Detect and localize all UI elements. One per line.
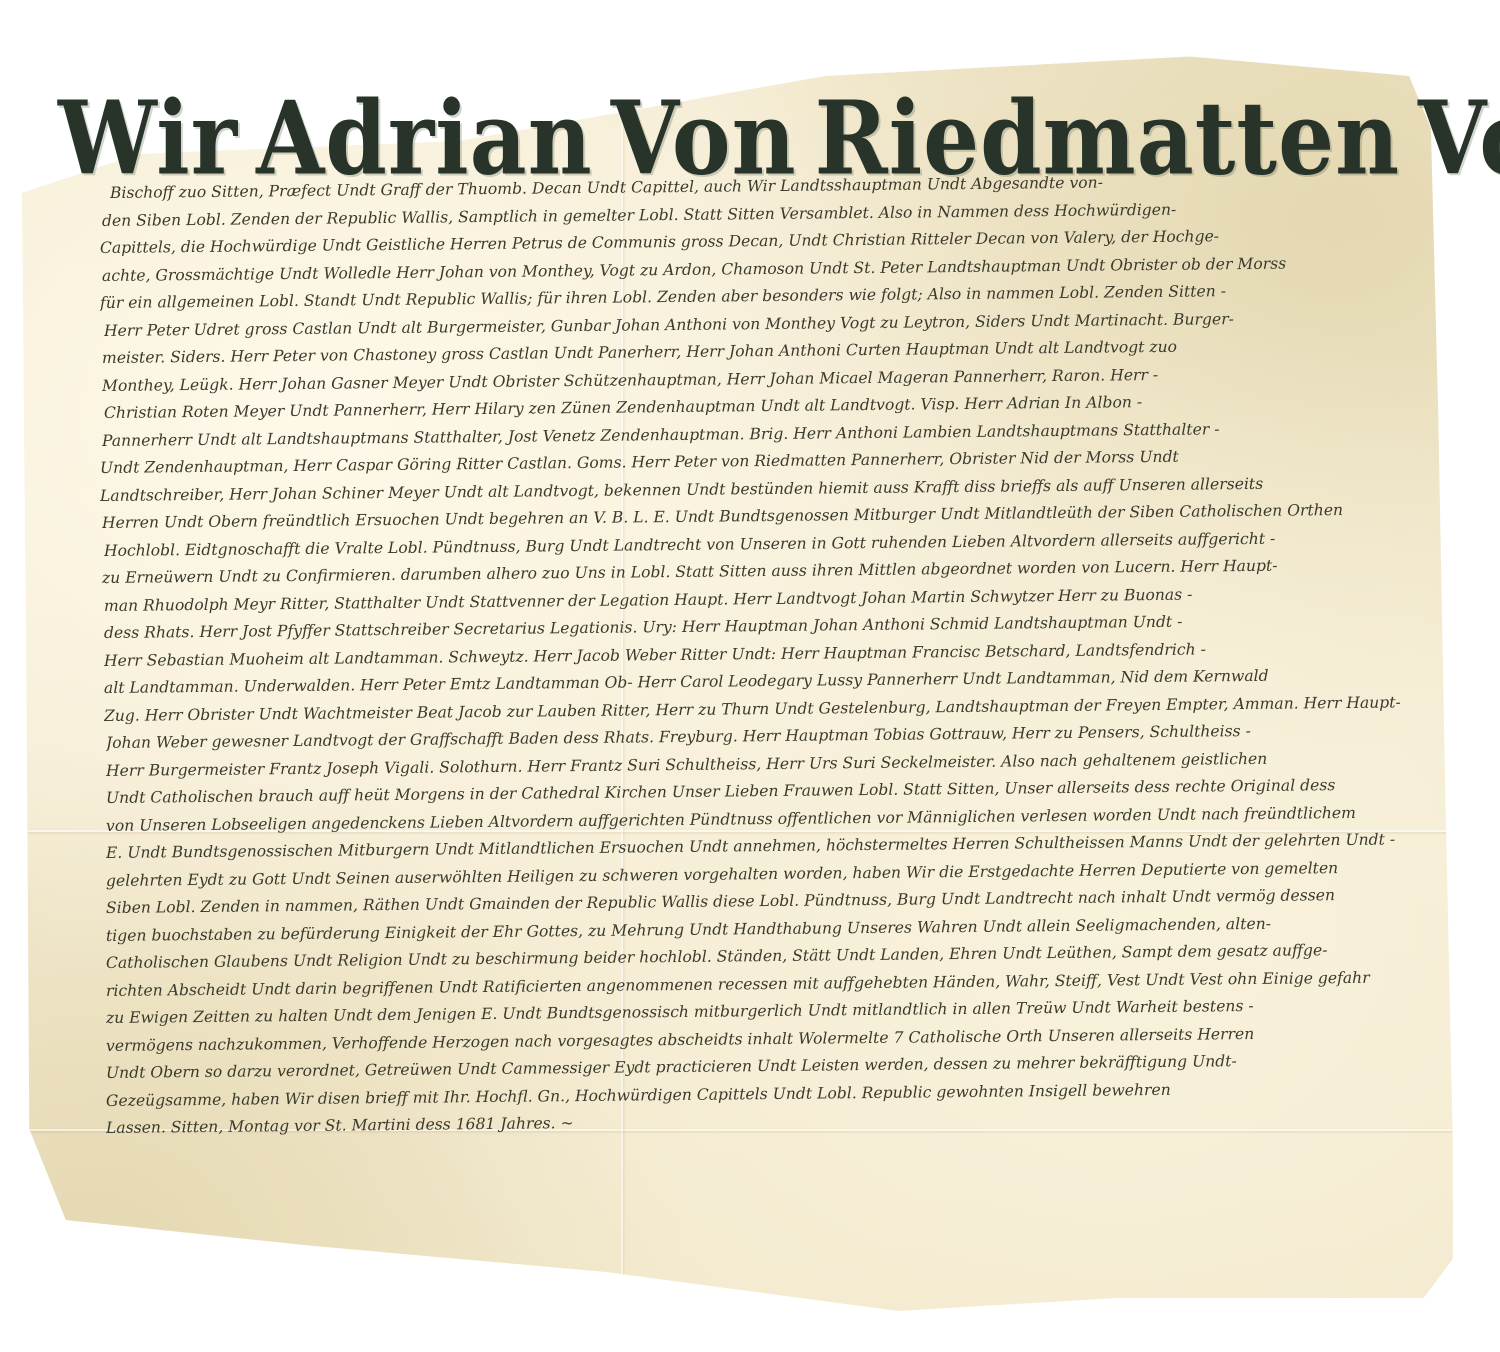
- document-body: Bischoff zuo Sitten, Præfect Undt Graff …: [110, 180, 1500, 1143]
